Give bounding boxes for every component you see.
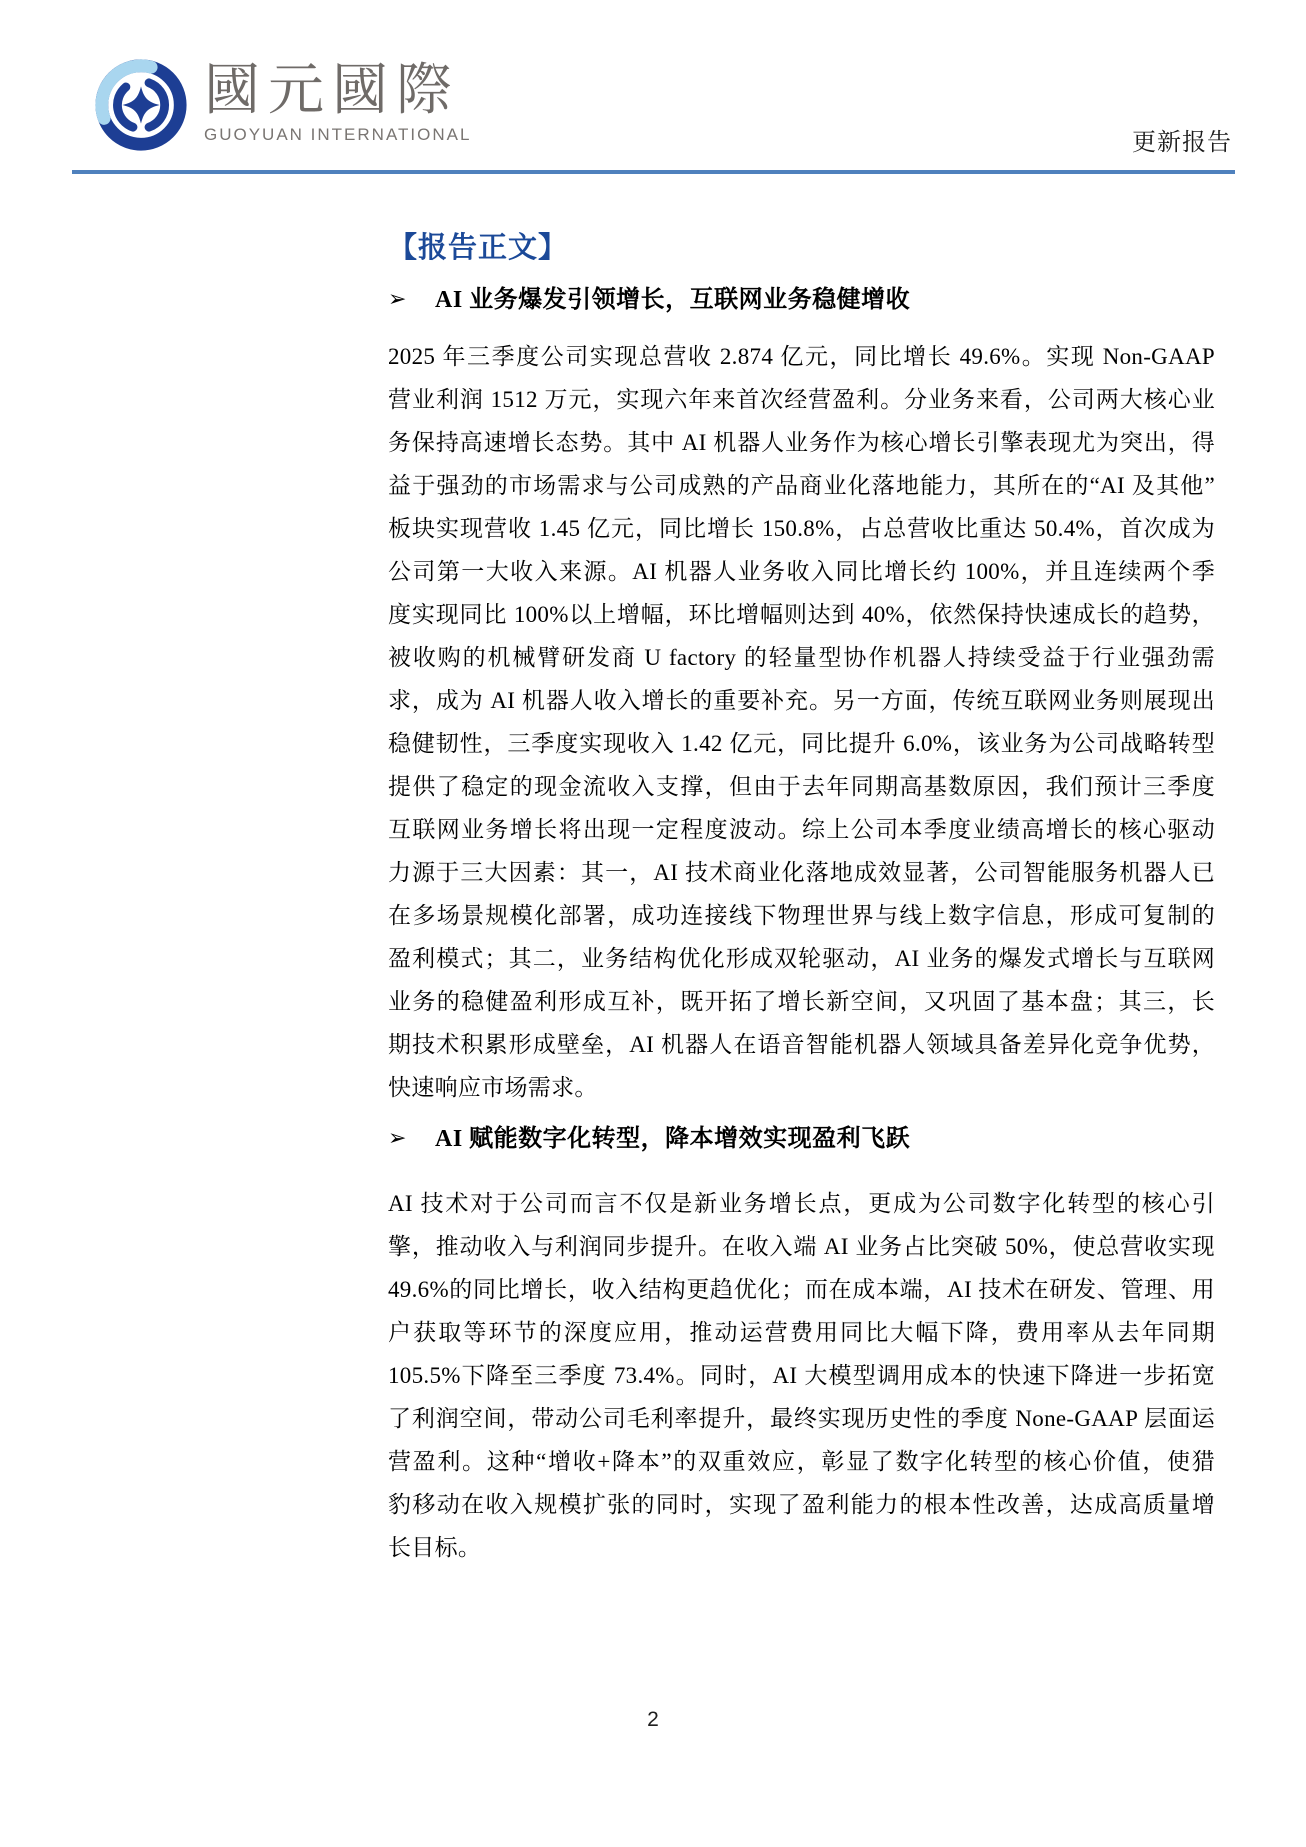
paragraph-line: 力源于三大因素：其一，AI 技术商业化落地成效显著，公司智能服务机器人已	[388, 851, 1215, 894]
paragraph-line: 求，成为 AI 机器人收入增长的重要补充。另一方面，传统互联网业务则展现出	[388, 679, 1215, 722]
bullet-heading-row: ➢ AI 赋能数字化转型，降本增效实现盈利飞跃	[388, 1123, 1215, 1155]
paragraph-line: 营盈利。这种“增收+降本”的双重效应，彰显了数字化转型的核心价值，使猎	[388, 1440, 1215, 1483]
logo-name-en: GUOYUAN INTERNATIONAL	[204, 125, 471, 145]
paragraph: AI 技术对于公司而言不仅是新业务增长点，更成为公司数字化转型的核心引擎，推动收…	[388, 1182, 1215, 1569]
paragraph-line: 户获取等环节的深度应用，推动运营费用同比大幅下降，费用率从去年同期	[388, 1311, 1215, 1354]
paragraph-line: 快速响应市场需求。	[388, 1066, 1215, 1109]
paragraph-line: 板块实现营收 1.45 亿元，同比增长 150.8%，占总营收比重达 50.4%…	[388, 507, 1215, 550]
page-number: 2	[0, 1708, 1306, 1732]
paragraph-line: 务保持高速增长态势。其中 AI 机器人业务作为核心增长引擎表现尤为突出，得	[388, 421, 1215, 464]
bullet-arrow-icon: ➢	[388, 1123, 435, 1155]
paragraph: 2025 年三季度公司实现总营收 2.874 亿元，同比增长 49.6%。实现 …	[388, 335, 1215, 1109]
paragraph-line: 稳健韧性，三季度实现收入 1.42 亿元，同比提升 6.0%，该业务为公司战略转…	[388, 722, 1215, 765]
paragraph-line: 业务的稳健盈利形成互补，既开拓了增长新空间，又巩固了基本盘；其三，长	[388, 980, 1215, 1023]
report-body: 【报告正文】 ➢ AI 业务爆发引领增长，互联网业务稳健增收 2025 年三季度…	[388, 228, 1215, 1569]
paragraph-line: 提供了稳定的现金流收入支撑，但由于去年同期高基数原因，我们预计三季度	[388, 765, 1215, 808]
paragraph-line: 长目标。	[388, 1526, 1215, 1569]
header-divider	[72, 170, 1235, 174]
paragraph-line: 营业利润 1512 万元，实现六年来首次经营盈利。分业务来看，公司两大核心业	[388, 378, 1215, 421]
paragraph-line: AI 技术对于公司而言不仅是新业务增长点，更成为公司数字化转型的核心引	[388, 1182, 1215, 1225]
section-title: 【报告正文】	[388, 228, 1215, 268]
paragraph-line: 期技术积累形成壁垒，AI 机器人在语音智能机器人领域具备差异化竞争优势，	[388, 1023, 1215, 1066]
paragraph-line: 被收购的机械臂研发商 U factory 的轻量型协作机器人持续受益于行业强劲需	[388, 636, 1215, 679]
paragraph-line: 度实现同比 100%以上增幅，环比增幅则达到 40%，依然保持快速成长的趋势，	[388, 593, 1215, 636]
bullet-heading: AI 赋能数字化转型，降本增效实现盈利飞跃	[435, 1123, 910, 1155]
paragraph-line: 盈利模式；其二，业务结构优化形成双轮驱动，AI 业务的爆发式增长与互联网	[388, 937, 1215, 980]
bullet-arrow-icon: ➢	[388, 284, 435, 316]
paragraph-line: 2025 年三季度公司实现总营收 2.874 亿元，同比增长 49.6%。实现 …	[388, 335, 1215, 378]
logo-emblem-icon	[92, 56, 190, 154]
bullet-heading: AI 业务爆发引领增长，互联网业务稳健增收	[435, 284, 910, 316]
paragraph-line: 益于强劲的市场需求与公司成熟的产品商业化落地能力，其所在的“AI 及其他”	[388, 464, 1215, 507]
paragraph-line: 公司第一大收入来源。AI 机器人业务收入同比增长约 100%，并且连续两个季	[388, 550, 1215, 593]
report-page: 國元國際 GUOYUAN INTERNATIONAL 更新报告 【报告正文】 ➢…	[0, 0, 1306, 1847]
report-type-label: 更新报告	[1132, 122, 1232, 157]
paragraph-line: 擎，推动收入与利润同步提升。在收入端 AI 业务占比突破 50%，使总营收实现	[388, 1225, 1215, 1268]
paragraph-line: 105.5%下降至三季度 73.4%。同时，AI 大模型调用成本的快速下降进一步…	[388, 1354, 1215, 1397]
paragraph-line: 了利润空间，带动公司毛利率提升，最终实现历史性的季度 None-GAAP 层面运	[388, 1397, 1215, 1440]
report-section-ai-digital-transform: ➢ AI 赋能数字化转型，降本增效实现盈利飞跃 AI 技术对于公司而言不仅是新业…	[388, 1123, 1215, 1569]
logo-text: 國元國際 GUOYUAN INTERNATIONAL	[204, 56, 471, 145]
paragraph-line: 豹移动在收入规模扩张的同时，实现了盈利能力的根本性改善，达成高质量增	[388, 1483, 1215, 1526]
logo-name-cn: 國元國際	[204, 60, 471, 120]
paragraph-line: 互联网业务增长将出现一定程度波动。综上公司本季度业绩高增长的核心驱动	[388, 808, 1215, 851]
report-section-ai-growth: ➢ AI 业务爆发引领增长，互联网业务稳健增收 2025 年三季度公司实现总营收…	[388, 284, 1215, 1109]
bullet-heading-row: ➢ AI 业务爆发引领增长，互联网业务稳健增收	[388, 284, 1215, 316]
company-logo: 國元國際 GUOYUAN INTERNATIONAL	[92, 56, 471, 154]
paragraph-line: 49.6%的同比增长，收入结构更趋优化；而在成本端，AI 技术在研发、管理、用	[388, 1268, 1215, 1311]
paragraph-line: 在多场景规模化部署，成功连接线下物理世界与线上数字信息，形成可复制的	[388, 894, 1215, 937]
